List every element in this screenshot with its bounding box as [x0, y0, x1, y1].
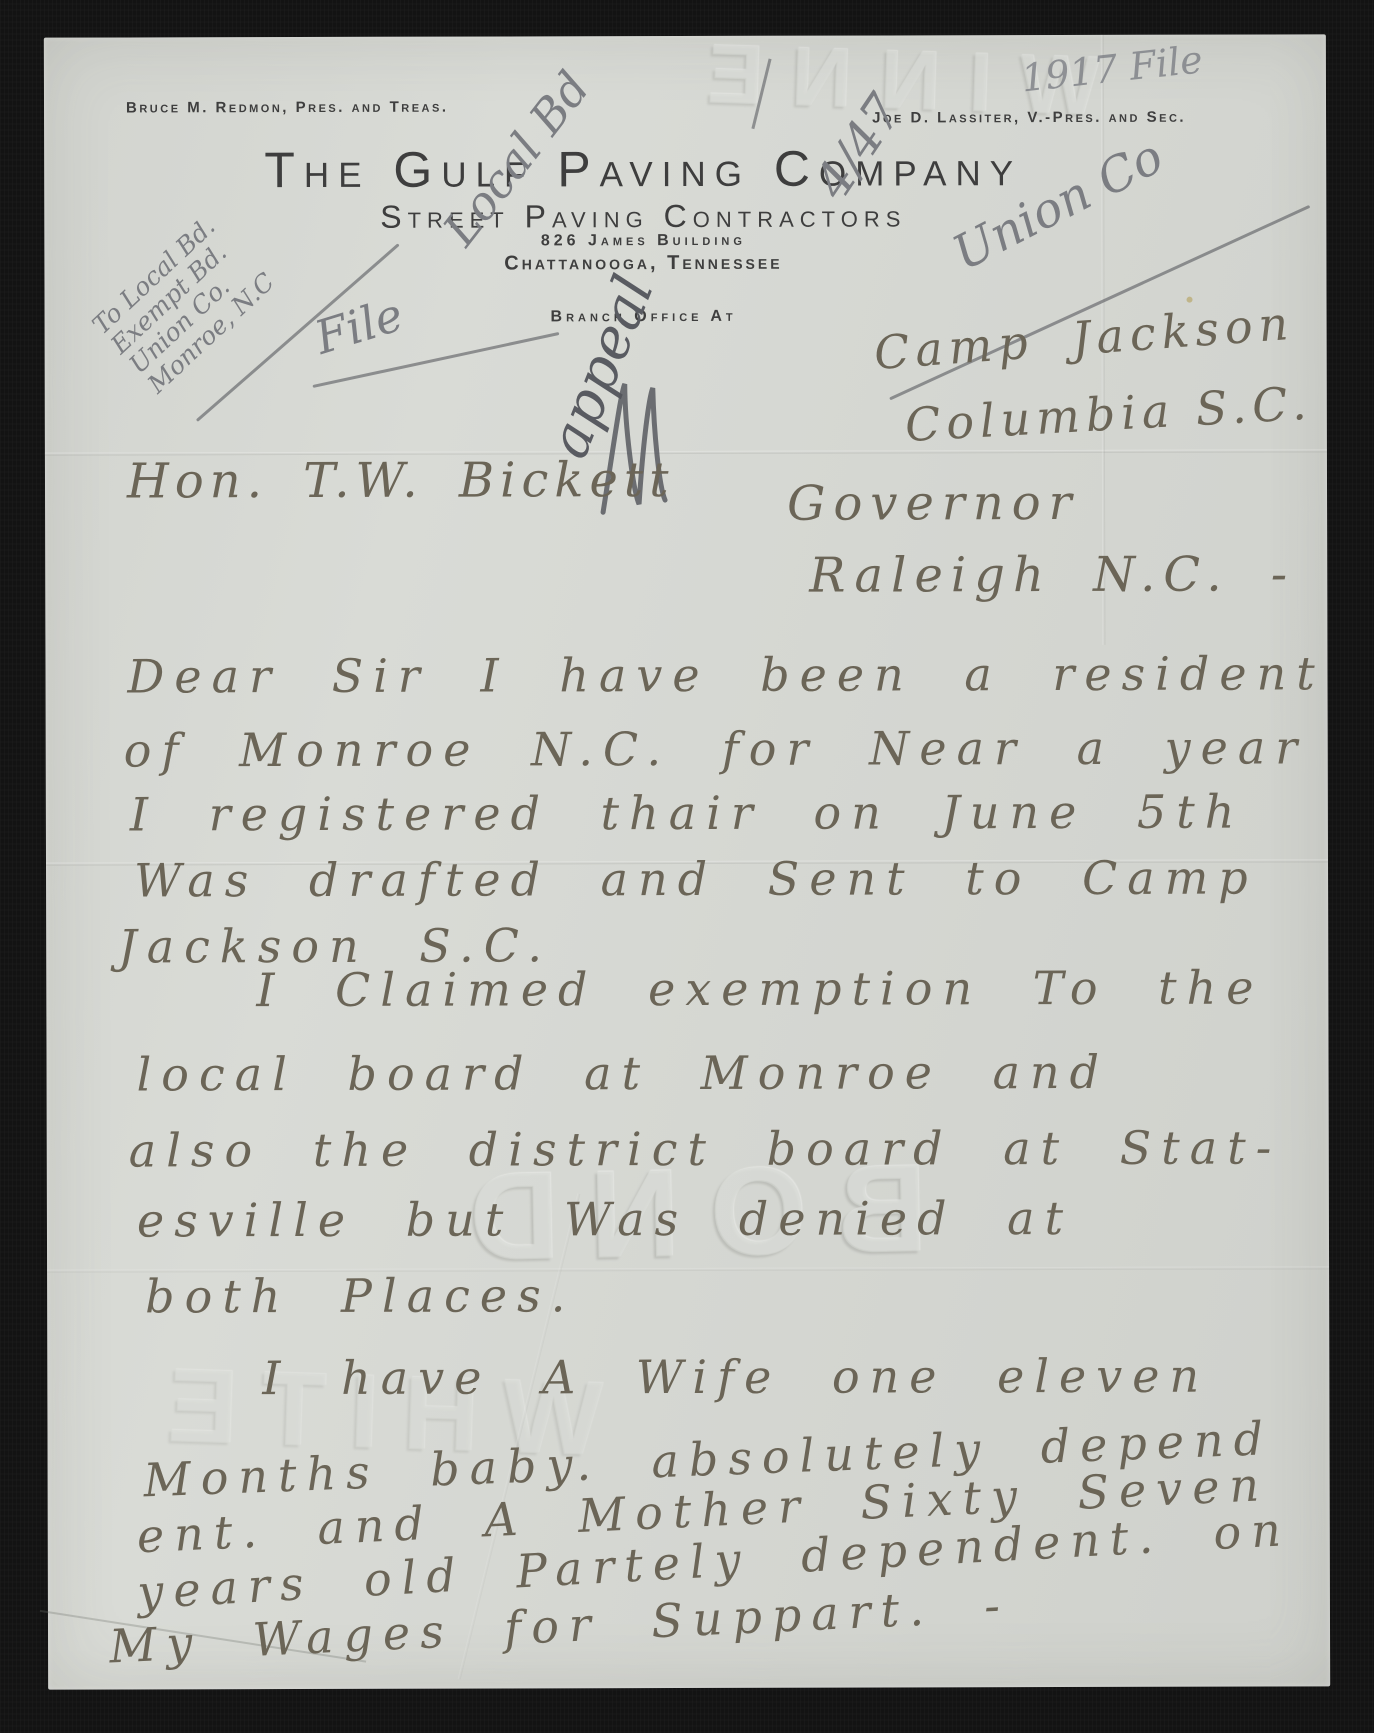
body-line-11: I have A Wife one eleven: [262, 1349, 1209, 1405]
body-line-1: Dear Sir I have been a resident: [127, 646, 1324, 703]
dateline-city: Columbia S.C.: [904, 376, 1314, 452]
salutation-title: Governor: [787, 475, 1080, 532]
salutation-city: Raleigh N.C. -: [809, 546, 1295, 603]
body-line-3: I registered thair on June 5th: [130, 785, 1245, 842]
body-line-7: local board at Monroe and: [136, 1045, 1109, 1102]
annotation-file: File: [309, 287, 410, 365]
body-line-4: Was drafted and Sent to Camp: [134, 851, 1258, 908]
body-line-2: of Monroe N.C. for Near a year: [124, 720, 1308, 777]
letter-paper: WINNE BOND WHITE Bruce M. Redmon, Pres. …: [44, 34, 1330, 1689]
body-line-9: esville but Was denied at: [137, 1191, 1073, 1247]
body-line-6: I Claimed exemption To the: [256, 960, 1263, 1017]
officer-right: Joe D. Lassiter, V.-Pres. and Sec.: [872, 109, 1186, 127]
body-line-10: both Places.: [145, 1268, 575, 1323]
body-line-8: also the district board at Stat-: [129, 1120, 1282, 1177]
paper-stain: [1187, 297, 1193, 303]
scan-backdrop: WINNE BOND WHITE Bruce M. Redmon, Pres. …: [0, 0, 1374, 1733]
salutation-honorific: Hon. T.W. Bickett: [127, 452, 675, 509]
officer-left: Bruce M. Redmon, Pres. and Treas.: [126, 99, 449, 117]
